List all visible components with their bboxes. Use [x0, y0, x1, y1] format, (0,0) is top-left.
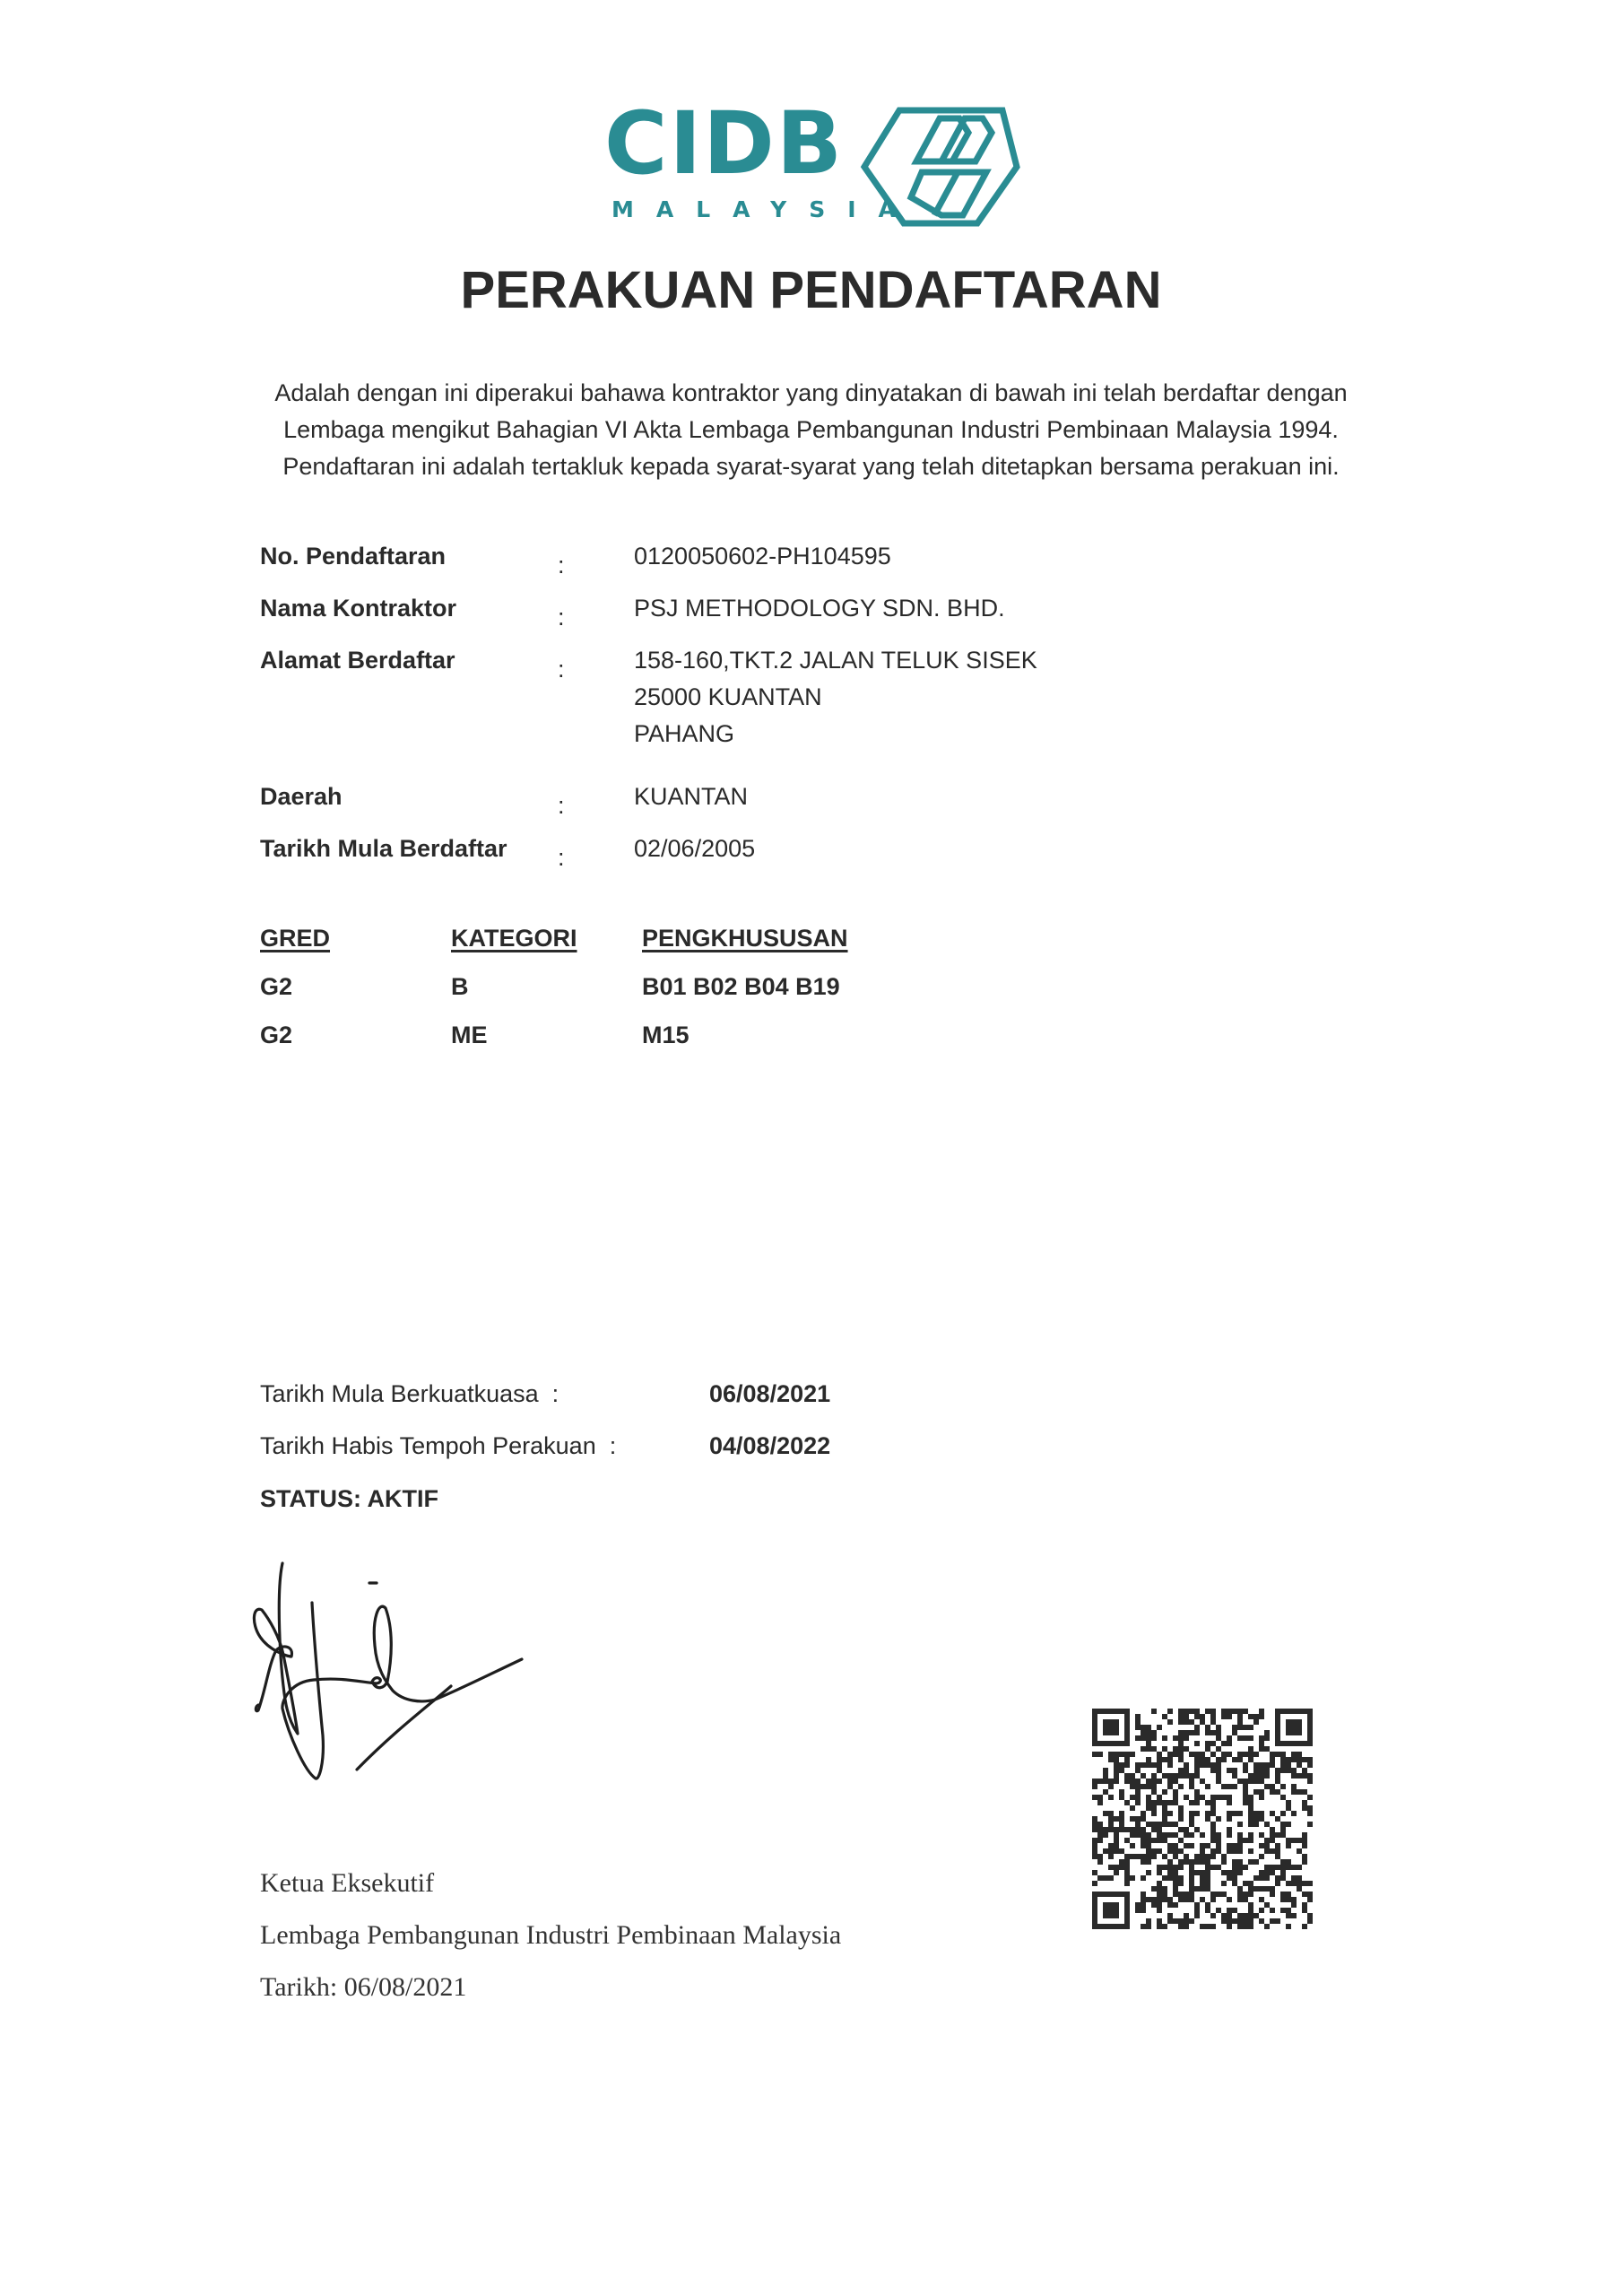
certificate-title: PERAKUAN PENDAFTARAN: [0, 262, 1622, 319]
category-cell: B: [451, 972, 469, 1001]
registration-start-value: 02/06/2005: [634, 834, 755, 863]
signatory-date: Tarikh: 06/08/2021: [260, 1971, 466, 2004]
registration-no-label: No. Pendaftaran: [260, 542, 446, 570]
intro-line: Adalah dengan ini diperakui bahawa kontr…: [0, 375, 1622, 412]
separator: :: [558, 791, 565, 820]
expiry-value: 04/08/2022: [709, 1431, 830, 1460]
separator: :: [558, 603, 565, 631]
district-value: KUANTAN: [634, 782, 748, 811]
specialization-cell: B01 B02 B04 B19: [642, 972, 840, 1001]
effective-start-label: Tarikh Mula Berkuatkuasa :: [260, 1379, 559, 1408]
separator: :: [558, 655, 565, 683]
column-header-gred: GRED: [260, 924, 330, 952]
cidb-hexagon-logo-icon: [859, 106, 1020, 228]
intro-paragraph: Adalah dengan ini diperakui bahawa kontr…: [0, 375, 1622, 485]
effective-start-value: 06/08/2021: [709, 1379, 830, 1408]
status-badge: STATUS: AKTIF: [260, 1484, 438, 1513]
separator: :: [558, 843, 565, 872]
signature-icon: [242, 1556, 547, 1807]
cidb-logo-wordmark: CIDB: [604, 100, 844, 187]
signatory-title: Ketua Eksekutif: [260, 1867, 434, 1900]
category-cell: ME: [451, 1021, 488, 1049]
registration-no-value: 0120050602-PH104595: [634, 542, 891, 570]
district-label: Daerah: [260, 782, 343, 811]
qr-code-icon: [1092, 1709, 1313, 1929]
contractor-name-label: Nama Kontraktor: [260, 594, 456, 622]
registration-start-label: Tarikh Mula Berdaftar: [260, 834, 507, 863]
column-header-pengkhususan: PENGKHUSUSAN: [642, 924, 848, 952]
contractor-name-value: PSJ METHODOLOGY SDN. BHD.: [634, 594, 1005, 622]
expiry-label: Tarikh Habis Tempoh Perakuan :: [260, 1431, 616, 1460]
grade-cell: G2: [260, 972, 292, 1001]
address-line: 158-160,TKT.2 JALAN TELUK SISEK: [634, 646, 1037, 674]
grade-cell: G2: [260, 1021, 292, 1049]
intro-line: Lembaga mengikut Bahagian VI Akta Lembag…: [0, 412, 1622, 448]
address-line: PAHANG: [634, 719, 734, 748]
column-header-kategori: KATEGORI: [451, 924, 577, 952]
specialization-cell: M15: [642, 1021, 690, 1049]
address-line: 25000 KUANTAN: [634, 683, 822, 711]
address-label: Alamat Berdaftar: [260, 646, 455, 674]
separator: :: [558, 551, 565, 579]
intro-line: Pendaftaran ini adalah tertakluk kepada …: [0, 448, 1622, 485]
signatory-organization: Lembaga Pembangunan Industri Pembinaan M…: [260, 1919, 841, 1952]
